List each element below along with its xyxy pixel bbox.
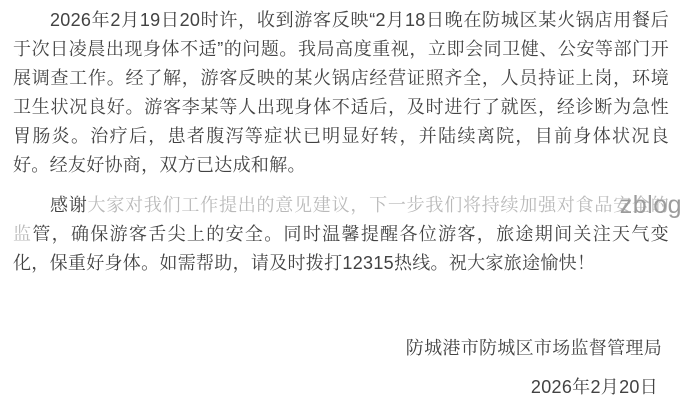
watermark-text: zblog — [620, 193, 682, 218]
notice-paragraph-investigation: 2026年2月19日20时许，收到游客反映“2月18日晚在防城区某火锅店用餐后于… — [0, 0, 683, 180]
signature-date: 2026年2月20日 — [0, 373, 683, 402]
paragraph-thanks-lead: 感谢 — [50, 195, 88, 215]
signature-agency: 防城港市防城区市场监督管理局 — [0, 334, 683, 363]
paragraph-thanks-rest: 管，确保游客舌尖上的安全。同时温馨提醒各位游客，旅途期间关注天气变化，保重好身体… — [13, 224, 669, 273]
notice-paragraph-thanks: 感谢大家对我们工作提出的意见建议，下一步我们将持续加强对食品安全的监管，确保游客… — [0, 191, 683, 278]
notice-document-page: zblog 2026年2月19日20时许，收到游客反映“2月18日晚在防城区某火… — [0, 0, 683, 408]
